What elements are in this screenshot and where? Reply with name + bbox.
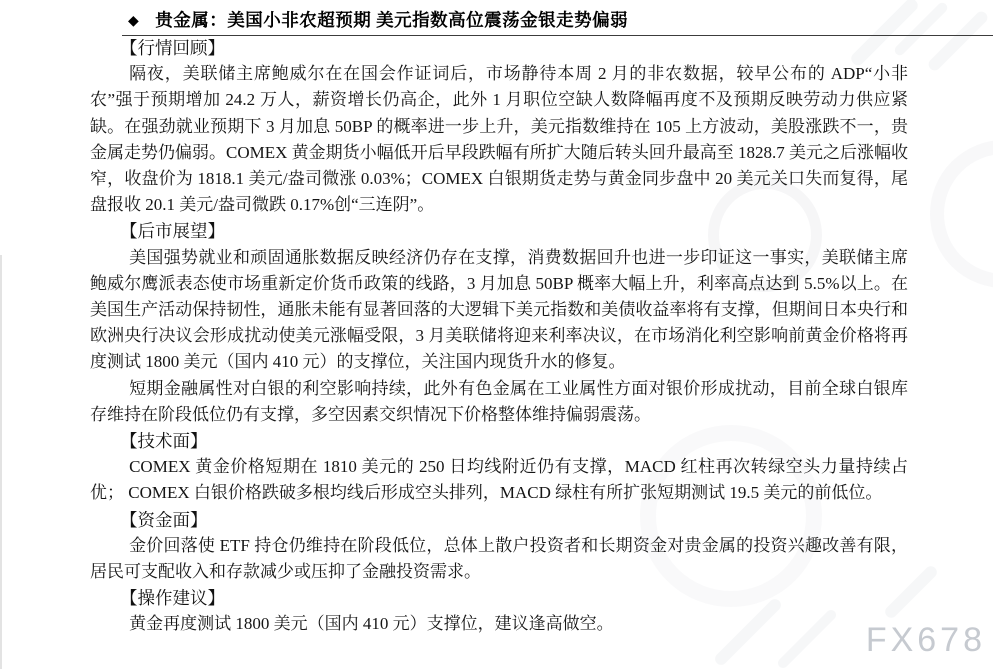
paragraph-technical: COMEX 黄金价格短期在 1810 美元的 250 日均线附近仍有支撑，MAC…: [90, 454, 908, 506]
paragraph-market-review: 隔夜，美联储主席鲍威尔在在国会作证词后，市场静待本周 2 月的非农数据，较早公布…: [90, 61, 908, 218]
paragraph-outlook-silver: 短期金融属性对白银的利空影响持续，此外有色金属在工业属性方面对银价形成扰动，目前…: [90, 376, 908, 428]
paragraph-outlook-gold: 美国强势就业和顽固通胀数据反映经济仍存在支撑，消费数据回升也进一步印证这一事实，…: [90, 245, 908, 376]
watermark-logo-circle: [930, 140, 993, 288]
report-title-row: ◆贵金属：美国小非农超预期 美元指数高位震荡金银走势偏弱: [90, 7, 908, 35]
section-header-market-review: 【行情回顾】: [90, 35, 908, 61]
paragraph-advice: 黄金再度测试 1800 美元（国内 410 元）支撑位，建议逢高做空。: [90, 611, 908, 637]
section-header-funds: 【资金面】: [90, 507, 908, 533]
report-content: ◆贵金属：美国小非农超预期 美元指数高位震荡金银走势偏弱 【行情回顾】 隔夜，美…: [90, 7, 908, 638]
watermark-stroke: [926, 9, 990, 73]
report-title: 贵金属：美国小非农超预期 美元指数高位震荡金银走势偏弱: [155, 10, 628, 30]
fx678-watermark: FX678: [866, 621, 986, 660]
page-edge-line: [0, 255, 2, 669]
diamond-bullet-icon: ◆: [128, 8, 139, 35]
section-header-advice: 【操作建议】: [90, 585, 908, 611]
report-page: ◆贵金属：美国小非农超预期 美元指数高位震荡金银走势偏弱 【行情回顾】 隔夜，美…: [0, 0, 993, 669]
paragraph-funds: 金价回落使 ETF 持仓仍维持在阶段低位，总体上散户投资者和长期资金对贵金属的投…: [90, 533, 908, 585]
section-header-technical: 【技术面】: [90, 428, 908, 454]
section-header-outlook: 【后市展望】: [90, 218, 908, 244]
